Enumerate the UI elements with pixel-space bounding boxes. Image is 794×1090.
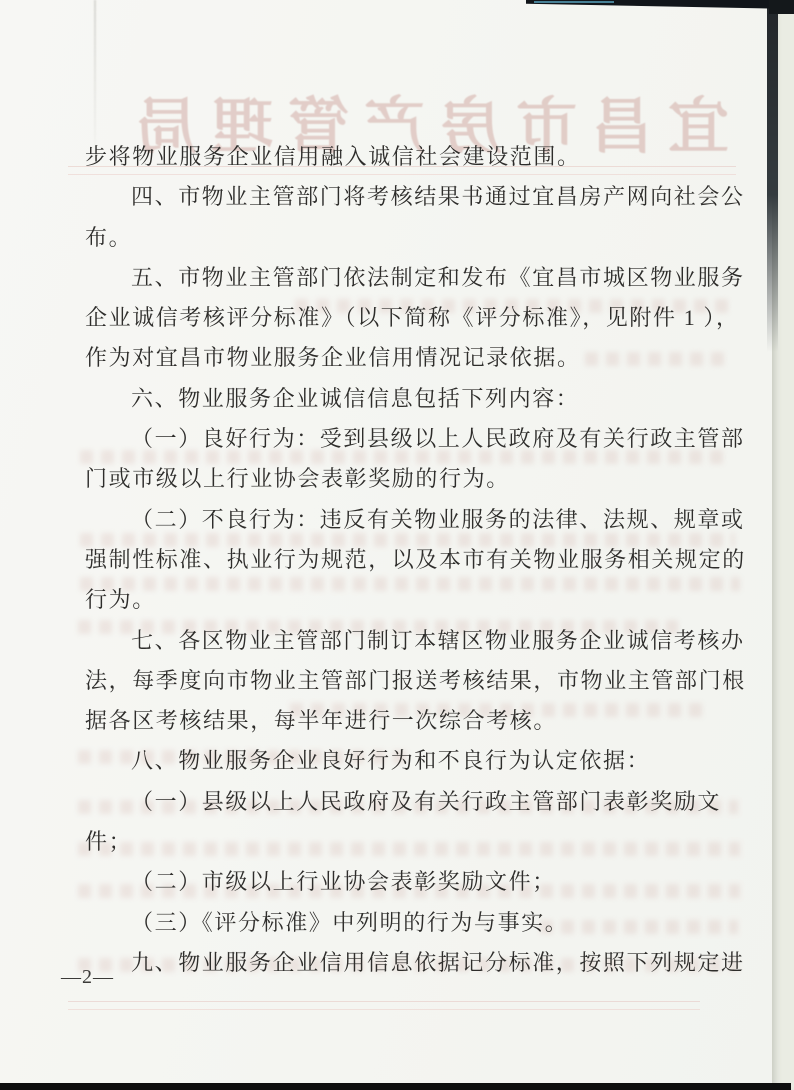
text-line: 七、各区物业主管部门制订本辖区物业服务企业诚信考核办	[85, 621, 725, 661]
text-line: 五、市物业主管部门依法制定和发布《宜昌市城区物业服务	[85, 258, 725, 298]
text-line: 六、物业服务企业诚信信息包括下列内容：	[85, 379, 725, 419]
page-number: —2—	[61, 966, 114, 989]
text-line: 据各区考核结果，每半年进行一次综合考核。	[85, 701, 725, 741]
text-line: 作为对宜昌市物业服务企业信用情况记录依据。	[85, 338, 725, 378]
text-line: 九、物业服务企业信用信息依据记分标准，按照下列规定进	[85, 943, 725, 983]
text-line: 步将物业服务企业信用融入诚信社会建设范围。	[85, 137, 725, 177]
page-edge-shadow	[767, 2, 778, 352]
text-line: 布。	[85, 218, 725, 258]
text-line: （二）不良行为：违反有关物业服务的法律、法规、规章或	[85, 500, 725, 540]
scan-corner-block	[769, 0, 794, 14]
text-line: （一）县级以上人民政府及有关行政主管部门表彰奖励文	[85, 782, 725, 822]
scan-bar-bottom	[0, 1083, 791, 1090]
text-line: （一）良好行为：受到县级以上人民政府及有关行政主管部	[85, 419, 725, 459]
text-line: 八、物业服务企业良好行为和不良行为认定依据：	[85, 741, 725, 781]
bleedthrough-rule-bottom	[68, 1001, 700, 1010]
text-line: 四、市物业主管部门将考核结果书通过宜昌房产网向社会公	[85, 177, 725, 217]
text-line: 企业诚信考核评分标准》（以下简称《评分标准》，见附件 1 ），	[85, 298, 725, 338]
scanned-document-page: 宜昌市房产管理局 步将物业服务企业信用融入诚信社会建设范围。四、市物业主管部门将…	[0, 0, 794, 1090]
text-line: 件；	[85, 822, 725, 862]
text-line: 法，每季度向市物业主管部门报送考核结果，市物业主管部门根	[85, 661, 725, 701]
text-line: 门或市级以上行业协会表彰奖励的行为。	[85, 459, 725, 499]
text-line: 行为。	[85, 580, 725, 620]
text-line: （三）《评分标准》中列明的行为与事实。	[85, 903, 725, 943]
text-line: （二）市级以上行业协会表彰奖励文件；	[85, 862, 725, 902]
text-line: 强制性标准、执业行为规范，以及本市有关物业服务相关规定的	[85, 540, 725, 580]
scan-bar-top-tint	[534, 1, 614, 3]
document-body: 步将物业服务企业信用融入诚信社会建设范围。四、市物业主管部门将考核结果书通过宜昌…	[85, 137, 725, 983]
